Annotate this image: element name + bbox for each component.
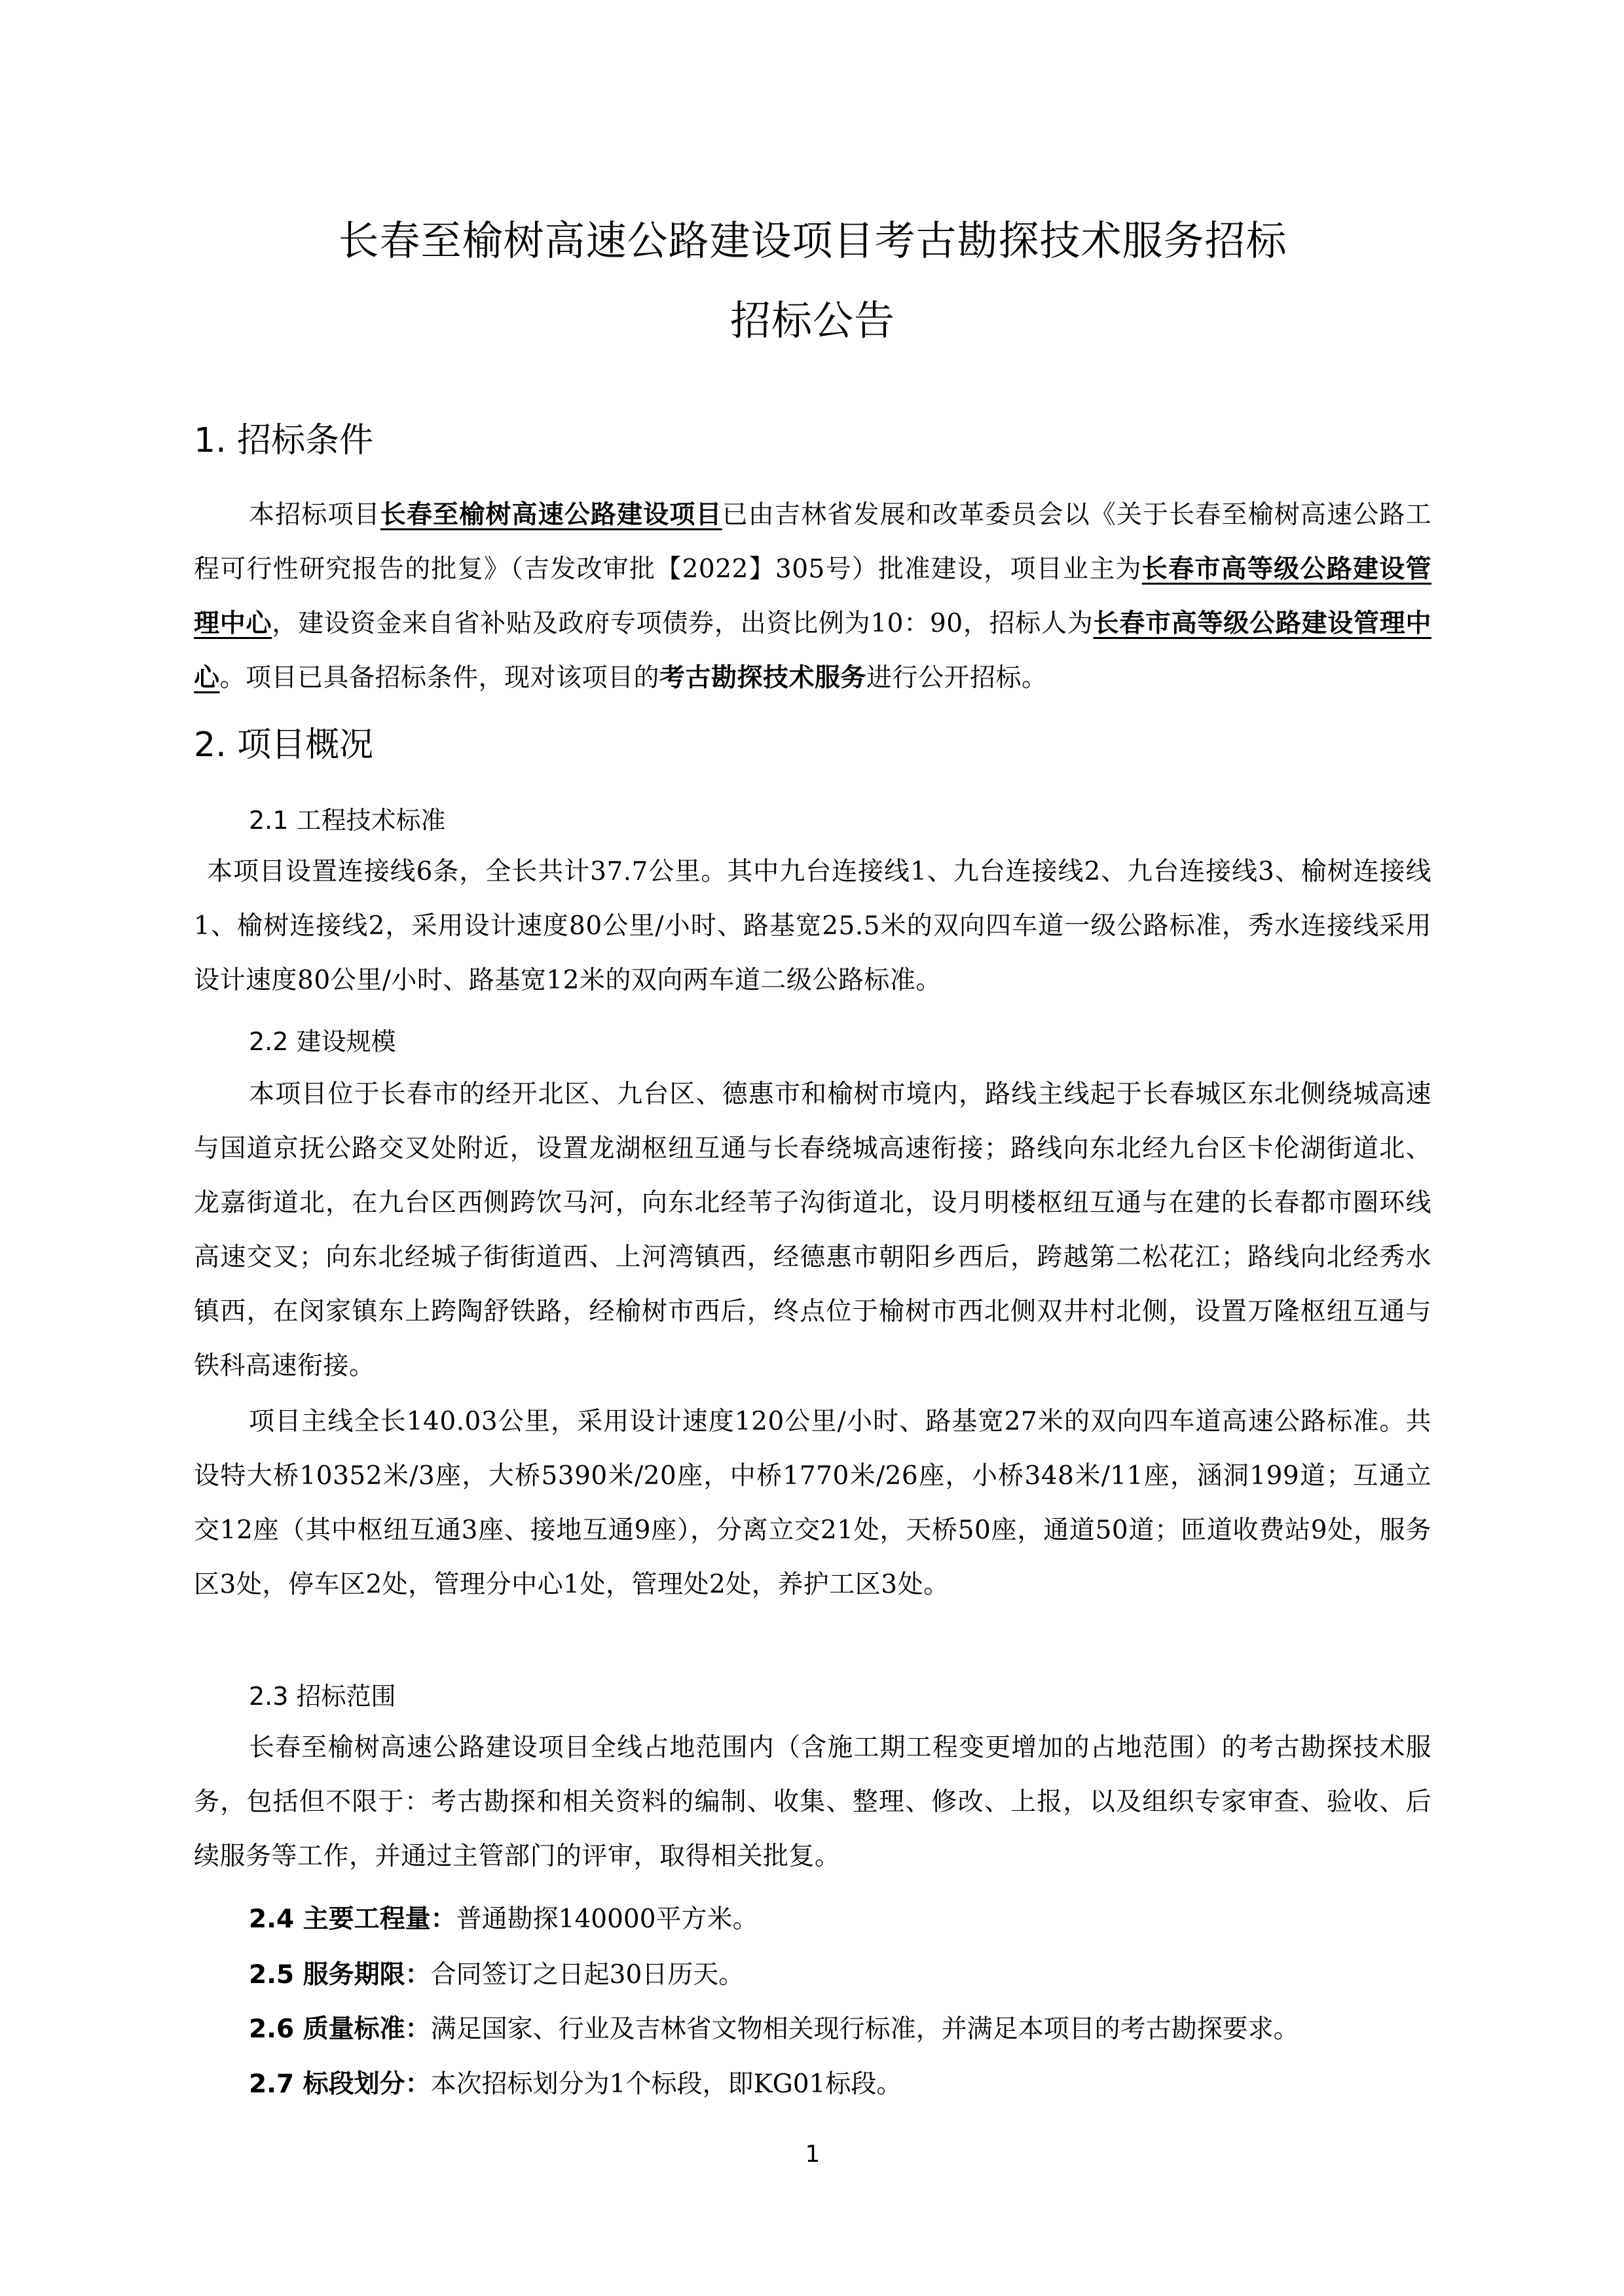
text-run: 进行公开招标。 (866, 663, 1048, 693)
item-text: 满足国家、行业及吉林省文物相关现行标准，并满足本项目的考古勘探要求。 (431, 2014, 1299, 2044)
section-2-4-item: 2.4 主要工程量：普通勘探140000平方米。 (249, 1899, 758, 1935)
section-2-2-text-2: 项目主线全长140.03公里，采用设计速度120公里/小时、路基宽27米的双向四… (194, 1394, 1431, 1612)
item-label: 2.5 服务期限： (249, 1960, 431, 1990)
text-run: ，建设资金来自省补贴及政府专项债券，出资比例为10：90，招标人为 (272, 609, 1093, 638)
item-label: 2.4 主要工程量： (249, 1904, 456, 1934)
section-2-5-item: 2.5 服务期限：合同签订之日起30日历天。 (249, 1954, 744, 1991)
section-2-heading: 2. 项目概况 (194, 717, 373, 766)
item-label: 2.7 标段划分： (249, 2069, 431, 2099)
section-2-7-item: 2.7 标段划分：本次招标划分为1个标段，即KG01标段。 (249, 2064, 902, 2100)
section-2-2-text-1: 本项目位于长春市的经开北区、九台区、德惠市和榆树市境内，路线主线起于长春城区东北… (194, 1067, 1431, 1393)
section-1-paragraph: 本招标项目长春至榆树高速公路建设项目已由吉林省发展和改革委员会以《关于长春至榆树… (194, 488, 1431, 705)
item-text: 普通勘探140000平方米。 (456, 1904, 758, 1934)
project-name-underlined: 长春至榆树高速公路建设项目 (380, 500, 722, 530)
item-text: 合同签订之日起30日历天。 (431, 1960, 745, 1990)
document-title: 长春至榆树高速公路建设项目考古勘探技术服务招标 (194, 208, 1431, 266)
page-number: 1 (194, 2141, 1431, 2168)
section-2-3-heading: 2.3 招标范围 (249, 1676, 396, 1712)
section-1-heading: 1. 招标条件 (194, 412, 373, 462)
text-run: 本招标项目 (249, 500, 380, 530)
item-label: 2.6 质量标准： (249, 2014, 431, 2044)
document-subtitle: 招标公告 (194, 288, 1431, 346)
section-2-6-item: 2.6 质量标准：满足国家、行业及吉林省文物相关现行标准，并满足本项目的考古勘探… (249, 2009, 1299, 2045)
section-2-2-heading: 2.2 建设规模 (249, 1021, 396, 1057)
text-run: 。项目已具备招标条件，现对该项目的 (220, 663, 660, 693)
section-2-1-heading: 2.1 工程技术标准 (249, 800, 446, 836)
section-2-3-text: 长春至榆树高速公路建设项目全线占地范围内（含施工期工程变更增加的占地范围）的考古… (194, 1721, 1431, 1884)
item-text: 本次招标划分为1个标段，即KG01标段。 (431, 2069, 902, 2099)
service-name-bold: 考古勘探技术服务 (659, 663, 866, 693)
section-2-1-text: 本项目设置连接线6条，全长共计37.7公里。其中九台连接线1、九台连接线2、九台… (194, 845, 1431, 1008)
